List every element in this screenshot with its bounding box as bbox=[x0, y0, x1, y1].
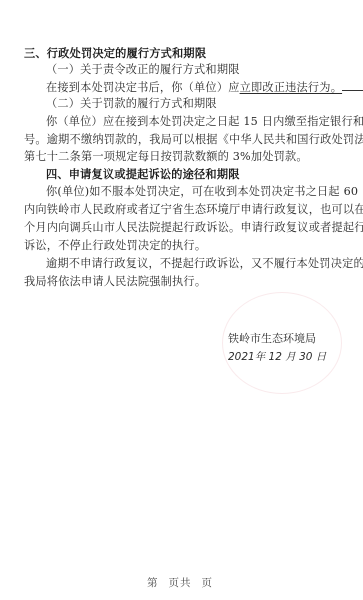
section3-sub2-heading: （二）关于罚款的履行方式和期限 bbox=[46, 97, 217, 111]
section3-heading: 三、行政处罚决定的履行方式和期限 bbox=[24, 46, 206, 60]
section4-para1-line: 你(单位)如不服本处罚决定，可在收到本处罚决定书之日起 60 日 bbox=[46, 185, 363, 199]
page-footer: 第页共页 bbox=[147, 575, 223, 590]
sub1-text-underlined: 立即改正违法行为。 bbox=[240, 81, 343, 94]
underline-blank bbox=[342, 80, 363, 91]
section3-sub1-heading: （一）关于责令改正的履行方式和期限 bbox=[46, 63, 240, 77]
section3-sub1-text: 在接到本处罚决定书后，你（单位）应立即改正违法行为。 bbox=[46, 80, 363, 95]
footer-page-label: 页 bbox=[202, 577, 214, 589]
section3-sub2-line: 第七十二条第一项规定每日按罚款数额的 3%加处罚款。 bbox=[24, 150, 308, 164]
issue-date: 2021年 12 月 30 日 bbox=[228, 350, 326, 364]
section3-sub2-line: 号。逾期不缴纳罚款的，我局可以根据《中华人民共和国行政处罚法》 bbox=[24, 133, 363, 147]
section4-para1-line: 诉讼，不停止行政处罚决定的执行。 bbox=[24, 239, 206, 253]
section4-para2-line: 我局将依法申请人民法院强制执行。 bbox=[24, 275, 206, 289]
section4-heading: 四、申请复议或提起诉讼的途径和期限 bbox=[46, 167, 240, 181]
footer-page-label: 第 bbox=[147, 577, 159, 589]
section4-para1-line: 个月内向调兵山市人民法院提起行政诉讼。申请行政复议或者提起行政 bbox=[24, 221, 363, 235]
section4-para1-line: 内向铁岭市人民政府或者辽宁省生态环境厅申请行政复议，也可以在 6 bbox=[24, 203, 363, 217]
footer-page-label: 页共 bbox=[169, 577, 192, 589]
section4-para2-line: 逾期不申请行政复议，不提起行政诉讼，又不履行本处罚决定的， bbox=[46, 257, 363, 271]
issuer-name: 铁岭市生态环境局 bbox=[228, 332, 316, 346]
section3-sub2-line: 你（单位）应在接到本处罚决定之日起 15 日内缴至指定银行和账 bbox=[46, 115, 363, 129]
sub1-text-prefix: 在接到本处罚决定书后，你（单位）应 bbox=[46, 81, 240, 94]
